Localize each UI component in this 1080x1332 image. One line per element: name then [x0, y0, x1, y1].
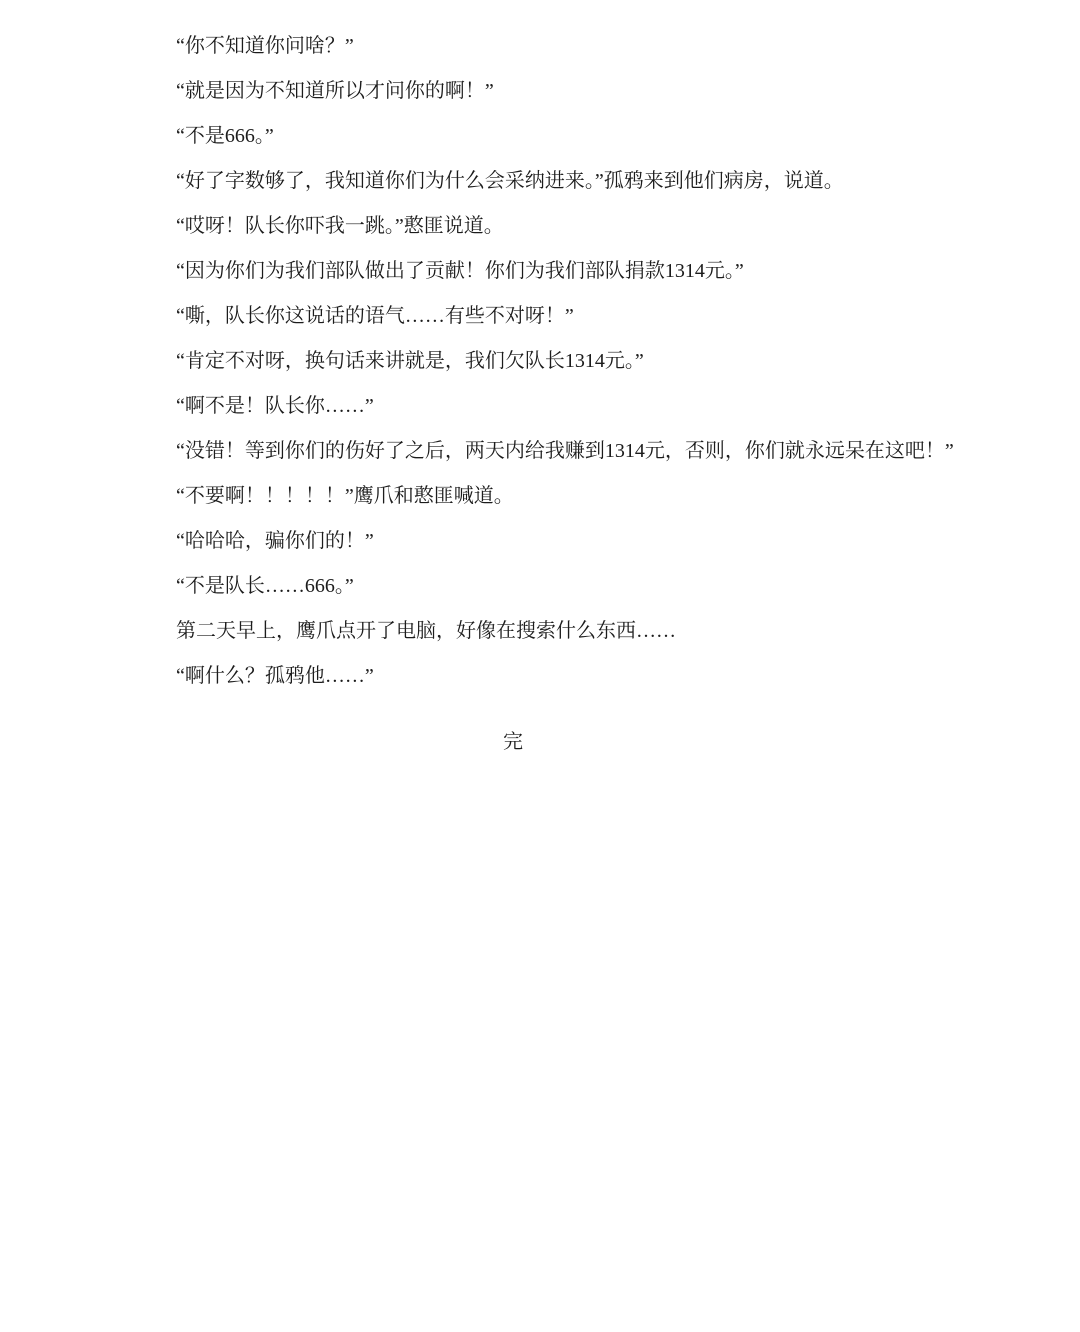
- paragraph-line: “不是队长……666。”: [176, 576, 940, 597]
- document-page: “你不知道你问啥？” “就是因为不知道所以才问你的啊！” “不是666。” “好…: [0, 0, 1080, 1332]
- paragraph-line: “因为你们为我们部队做出了贡献！你们为我们部队捐款1314元。”: [176, 261, 940, 282]
- paragraph-line: “你不知道你问啥？”: [176, 36, 940, 57]
- paragraph-line: “嘶，队长你这说话的语气……有些不对呀！”: [176, 306, 940, 327]
- paragraph-line: “肯定不对呀，换句话来讲就是，我们欠队长1314元。”: [176, 351, 940, 372]
- paragraph-line: 第二天早上，鹰爪点开了电脑，好像在搜索什么东西……: [176, 621, 940, 642]
- end-mark: 完: [176, 732, 940, 753]
- paragraph-line: “哎呀！队长你吓我一跳。”憨匪说道。: [176, 216, 940, 237]
- paragraph-line: “啊不是！队长你……”: [176, 396, 940, 417]
- paragraph-line: “啊什么？孤鸦他……”: [176, 666, 940, 687]
- paragraph-line: “哈哈哈，骗你们的！”: [176, 531, 940, 552]
- paragraph-line: “好了字数够了，我知道你们为什么会采纳进来。”孤鸦来到他们病房，说道。: [176, 171, 940, 192]
- paragraph-line: “没错！等到你们的伤好了之后，两天内给我赚到1314元，否则，你们就永远呆在这吧…: [176, 441, 940, 462]
- paragraph-line: “不是666。”: [176, 126, 940, 147]
- paragraph-line: “就是因为不知道所以才问你的啊！”: [176, 81, 940, 102]
- paragraph-line: “不要啊！！！！！”鹰爪和憨匪喊道。: [176, 486, 940, 507]
